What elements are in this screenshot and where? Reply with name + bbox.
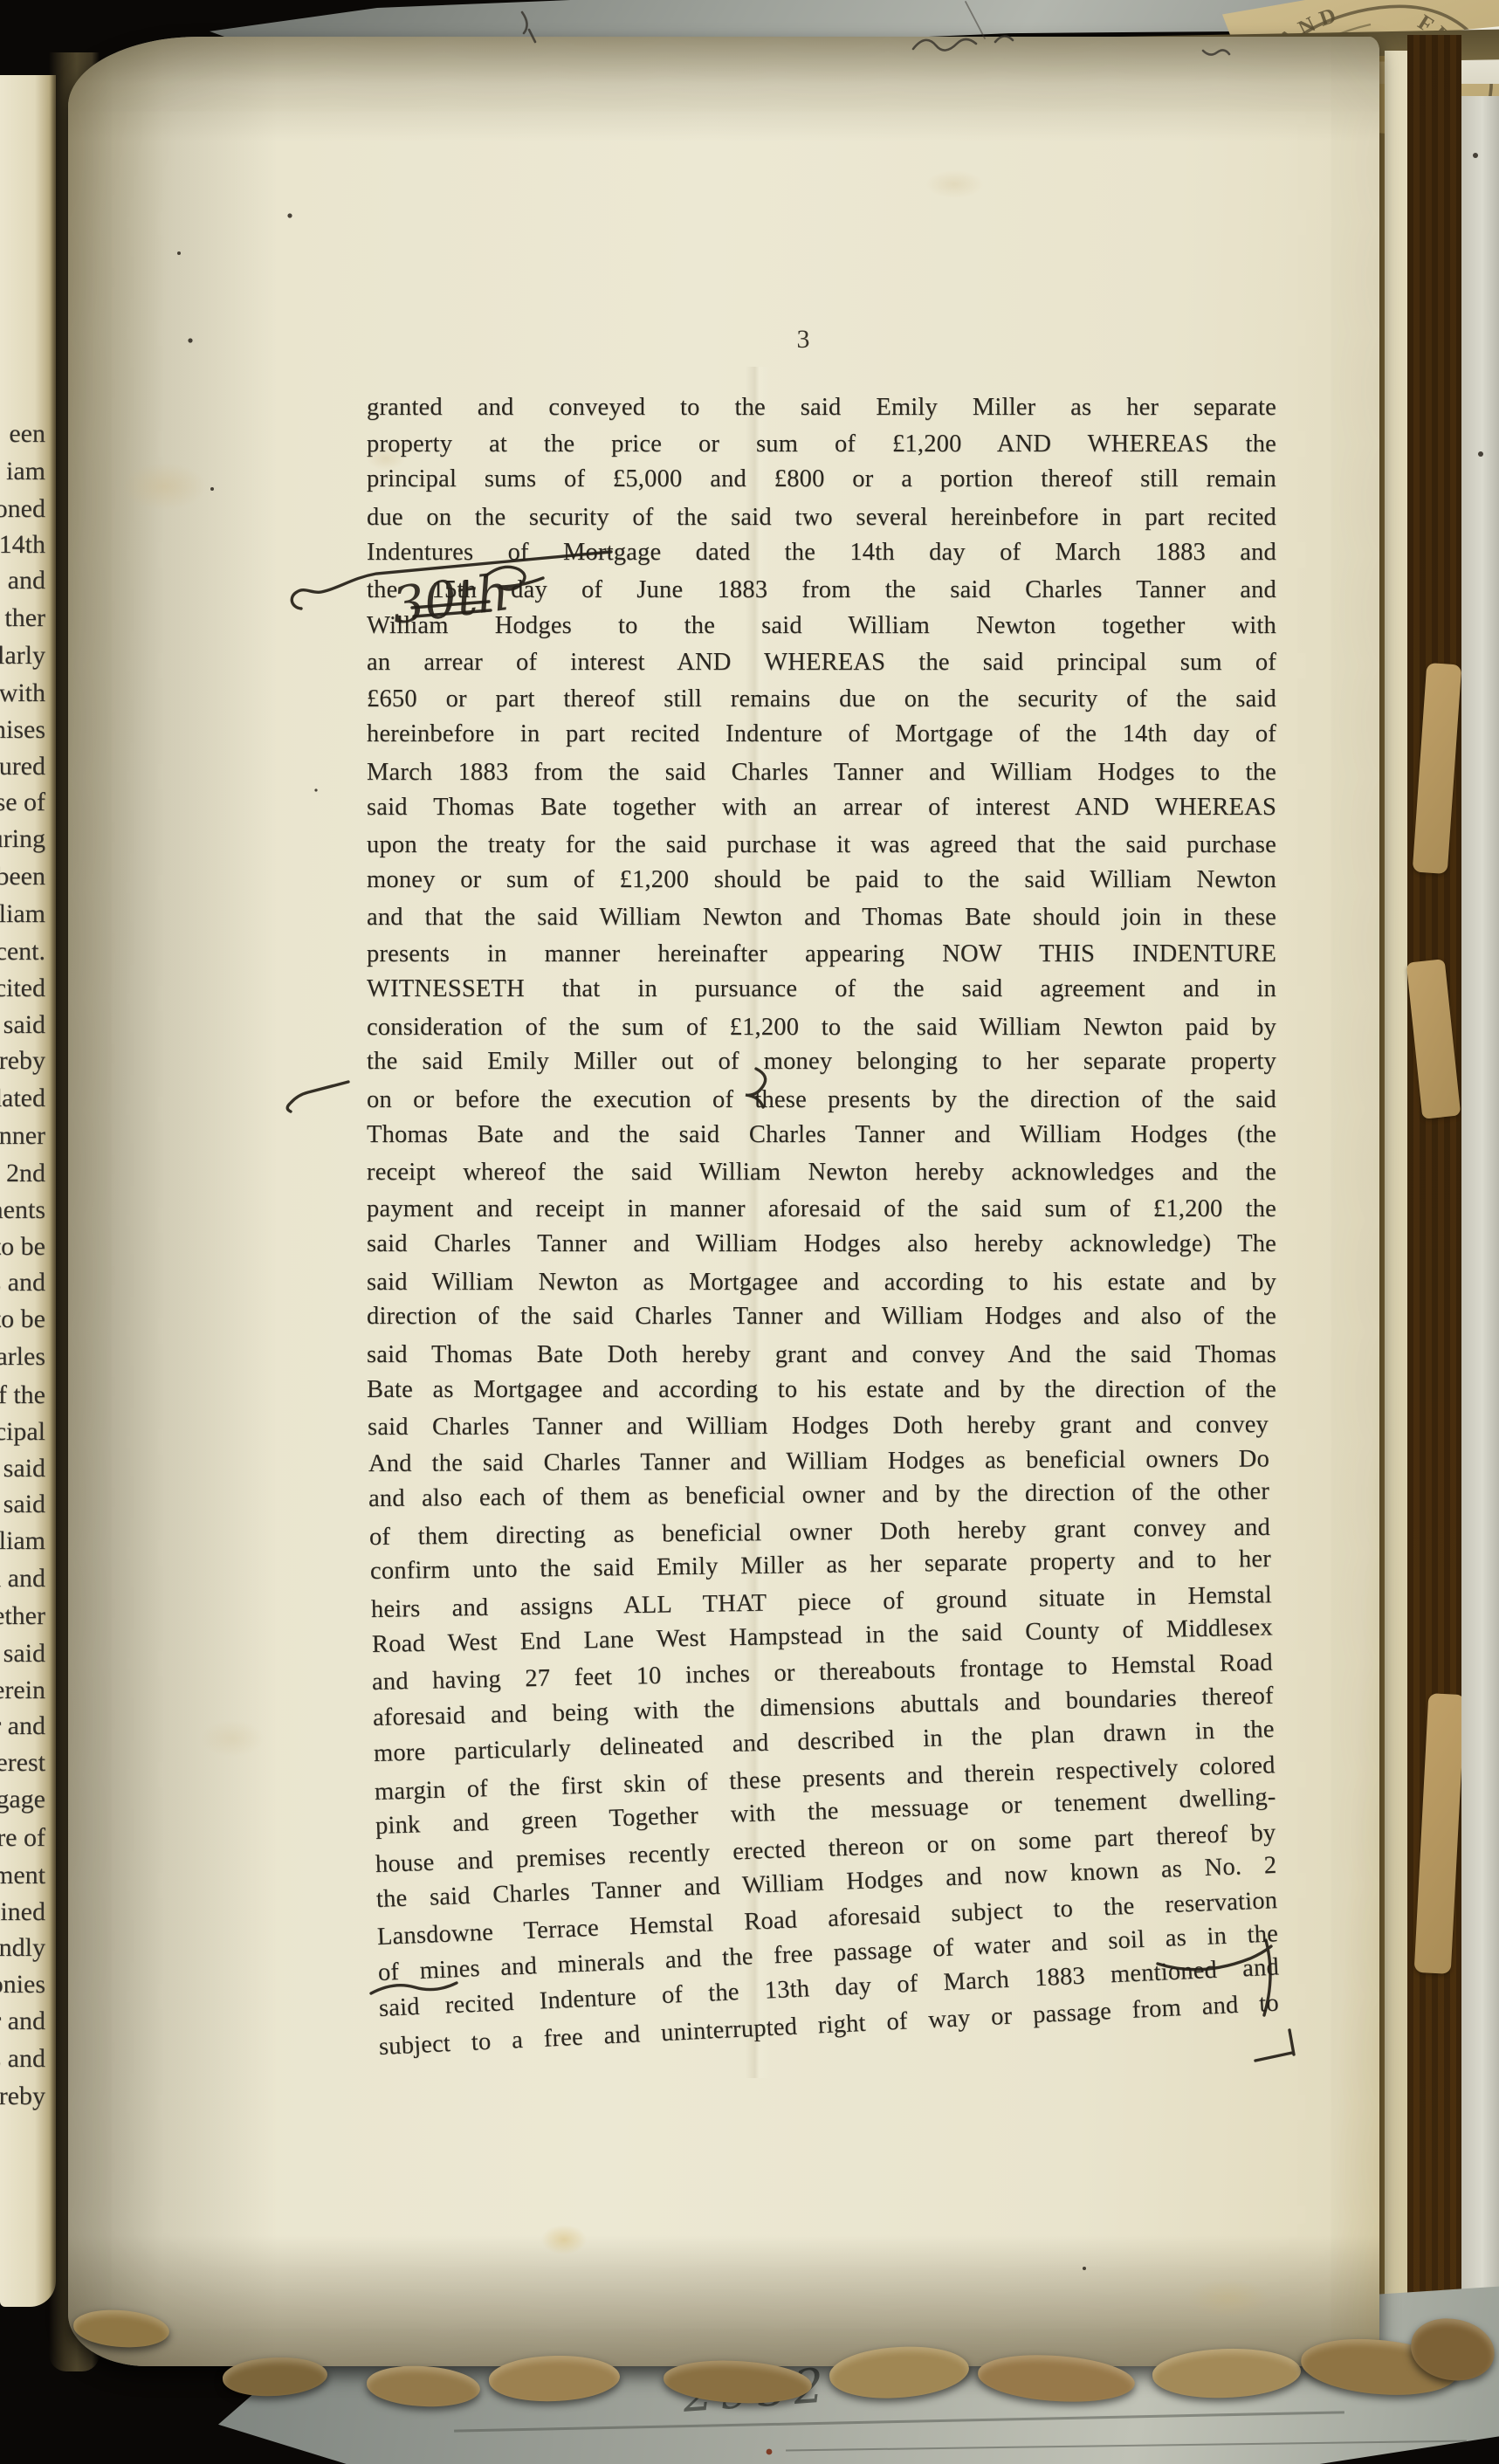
facing-page-fragment: larly [0, 638, 45, 673]
facing-page-fragment: een [0, 416, 45, 451]
facing-page-fragment: to be [0, 1302, 45, 1337]
facing-page-fragment: ther [0, 601, 45, 636]
facing-page-fragment: lliam [0, 897, 45, 932]
facing-page-fragment: Charles [0, 1339, 45, 1374]
facing-page-fragment: ture of [0, 1820, 45, 1855]
facing-page-fragment: said [0, 1008, 45, 1043]
facing-page-fragment: therein [0, 1673, 45, 1708]
facing-page-fragment: mises [0, 712, 45, 747]
facing-page-fragment: incipal [0, 1414, 45, 1449]
facing-page-fragment: ereby [0, 1043, 45, 1078]
facing-page-fragment: anner [0, 1118, 45, 1153]
facing-page-fragment: ortgage [0, 1782, 45, 1817]
facing-page-fragment: dated [0, 1081, 45, 1116]
facing-page-fragment: he said [0, 1487, 45, 1522]
facing-page-fragment: sured [0, 749, 45, 784]
facing-page-fragment: ecited [0, 971, 45, 1006]
facing-page-fragment: iam [0, 454, 45, 489]
facing-page-fragment: and [0, 563, 45, 598]
facing-page-fragment: ner and [0, 2004, 45, 2039]
facing-page-fragment: secondly [0, 1931, 45, 1965]
facing-page-fragment: hereby [0, 2079, 45, 2114]
facing-page-fragment: ed and [0, 1561, 45, 1596]
facing-page-fragment: uring [0, 822, 45, 857]
facing-page-fragment: been [0, 859, 45, 894]
left-page-fragments: eeniamoned14thandtherlarlywithmisessured… [0, 0, 1499, 2464]
facing-page-fragment: s and [0, 1265, 45, 1300]
facing-page-fragment: Villiam [0, 1524, 45, 1559]
facing-page-fragment: monies [0, 1967, 45, 2002]
facing-page-fragment: ments [0, 1193, 45, 1228]
facing-page-fragment: e 2nd [0, 1156, 45, 1191]
facing-page-fragment: he said [0, 1636, 45, 1671]
facing-page-fragment: e said [0, 1451, 45, 1486]
facing-page-fragment: cent. [0, 934, 45, 969]
facing-page-fragment: interest [0, 1745, 45, 1780]
photographed-deed-page: AND FFIC 2932 3 granted and conveyed to … [0, 0, 1499, 2464]
facing-page-fragment: ogether [0, 1599, 45, 1634]
facing-page-fragment: with [0, 676, 45, 711]
facing-page-fragment: 14th [0, 527, 45, 562]
facing-page-fragment: to be [0, 1229, 45, 1264]
facing-page-fragment: oned [0, 492, 45, 527]
facing-page-fragment: of the [0, 1378, 45, 1413]
facing-page-fragment: ner and [0, 1709, 45, 1744]
facing-page-fragment: payment [0, 1858, 45, 1893]
facing-page-fragment: ontained [0, 1895, 45, 1930]
facing-page-fragment: ents and [0, 2041, 45, 2076]
facing-page-fragment: se of [0, 785, 45, 820]
